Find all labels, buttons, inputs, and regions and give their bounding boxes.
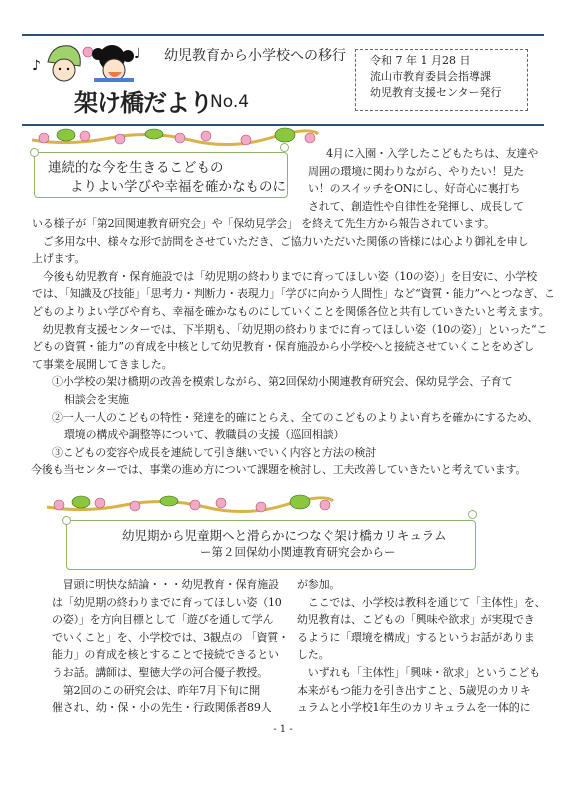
column-line: でいくこと」を、小学校では、3観点の 「資質・	[52, 629, 289, 647]
body-line: て事業を展開してきました。	[32, 356, 555, 374]
issuer-center: 幼児教育支援センター発行	[370, 85, 527, 101]
list-item-continuation: 環境の構成や調整等について、教職員の支援（巡回相談）	[52, 426, 555, 444]
section1-heading-line2: よりよい学びや幸福を確かなものに	[70, 175, 286, 195]
intro-line: 4月に入園・入学したこどもたちは、友達や	[308, 145, 538, 163]
plum-blossom-garland	[45, 493, 335, 515]
scroll-curl-icon	[62, 516, 71, 525]
scroll-curl-icon	[280, 143, 289, 152]
header-top-rule	[22, 34, 544, 36]
section2-right-column: が参加。 ここでは、小学校は教科を通じて「主体性」を、 幼児教育は、こどもの「興…	[297, 576, 545, 717]
newsletter-title: 架け橋だより	[74, 83, 212, 118]
column-line: 催され、幼・保・小の先生・行政関係者89人	[52, 699, 289, 717]
body-line: 今後も幼児教育・保育施設では「幼児期の終わりまでに育ってほしい姿（10の姿）」を…	[32, 268, 555, 286]
children-mascot-icon: ♪ ♩	[30, 40, 155, 82]
section2-heading-line2: ー第２回保幼小関連教育研究会からー	[200, 544, 396, 560]
column-line: の姿）」を方向目標として「遊びを通して学ん	[52, 611, 289, 629]
intro-line: 周囲の環境に関わりながら、やりたい！見た	[308, 163, 538, 181]
body-line: いる様子が「第2回関連教育研究会」や「保幼見学会」 を終えて先生方から報告されて…	[32, 215, 555, 233]
column-line: 能力」の育成を核とすることで接続できるとい	[52, 646, 289, 664]
scroll-curl-icon	[468, 510, 477, 519]
body-line: どものよりよい学びや育ち、幸福を確かなものにしていくことを関係各位と共有していき…	[32, 303, 555, 321]
svg-text:♩: ♩	[134, 46, 141, 62]
closing-line: 今後も当センターでは、事業の進め方について課題を検討し、工夫改善していきたいと考…	[31, 461, 555, 479]
column-line: ここでは、小学校は教科を通じて「主体性」を、	[297, 594, 545, 612]
list-item: ①小学校の架け橋期の改善を模索しながら、第2回保幼小関連教育研究会、保幼見学会、…	[52, 373, 555, 391]
scroll-curl-icon	[30, 148, 39, 157]
list-item: ③こどもの変容や成長を連続して引き継いでいく内容と方法の検討	[52, 444, 555, 462]
issue-date: 令和 7 年 1 月28 日	[370, 53, 527, 69]
intro-line: い！のスイッチをONにし、好奇心に裏打ち	[308, 180, 538, 198]
section2-left-column: 冒頭に明快な結論・・・幼児教育・保育施設 は「幼児期の終わりまでに育ってほしい姿…	[52, 576, 289, 717]
column-line: 本来がもつ能力を引き出すこと、5歳児のカリキ	[297, 682, 545, 700]
column-line: 第2回のこの研究会は、昨年7月下旬に開	[52, 682, 289, 700]
body-line: ご多用な中、様々な形で訪問をさせていただき、ご協力いただいた関係の皆様には心より…	[32, 233, 555, 251]
column-line: いずれも「主体性」「興味・欲求」というこども	[297, 664, 545, 682]
intro-line: されて、創造性や自律性を発揮し、成長して	[308, 198, 538, 216]
body-line: では、「知識及び技能」「思考力・判断力・表現力」「学びに向かう人間性」など“資質…	[32, 285, 555, 303]
section1-body: いる様子が「第2回関連教育研究会」や「保幼見学会」 を終えて先生方から報告されて…	[32, 215, 555, 479]
body-line: 上げます。	[32, 250, 555, 268]
issuer-info-box: 令和 7 年 1 月28 日 流山市教育委員会指導課 幼児教育支援センター発行	[355, 49, 528, 111]
body-line: どもの資質・能力”の育成を中核として幼児教育・保育施設から小学校へと接続させてい…	[32, 338, 555, 356]
activity-list: ①小学校の架け橋期の改善を模索しながら、第2回保幼小関連教育研究会、保幼見学会、…	[32, 373, 555, 461]
plum-blossom-garland	[30, 126, 320, 148]
section2-heading-line1: 幼児期から児童期へと滑らかにつなぐ架け橋カリキュラム	[122, 526, 447, 544]
section1-intro: 4月に入園・入学したこどもたちは、友達や 周囲の環境に関わりながら、やりたい！見…	[308, 145, 538, 215]
svg-text:♪: ♪	[32, 58, 41, 74]
list-item-continuation: 相談会を実施	[52, 391, 555, 409]
issuer-department: 流山市教育委員会指導課	[370, 69, 527, 85]
issue-number: No.4	[210, 92, 249, 112]
newsletter-subtitle: 幼児教育から小学校への移行	[164, 45, 346, 65]
column-line: るように「環境を構成」するというお話がありま	[297, 629, 545, 647]
column-line: は「幼児期の終わりまでに育ってほしい姿（10	[52, 594, 289, 612]
column-line: した。	[297, 646, 545, 664]
column-line: が参加。	[297, 576, 545, 594]
list-item: ②一人一人のこどもの特性・発達を的確にとらえ、全てのこどものよりよい育ちを確かに…	[52, 409, 555, 427]
column-line: ュラムと小学校1年生のカリキュラムを一体的に	[297, 699, 545, 717]
page-number: - 1 -	[0, 724, 566, 735]
column-line: 冒頭に明快な結論・・・幼児教育・保育施設	[52, 576, 289, 594]
body-line: 幼児教育支援センターでは、下半期も、「幼児期の終わりまでに育ってほしい姿（10の…	[32, 321, 555, 339]
column-line: 幼児教育は、こどもの「興味や欲求」が実現でき	[297, 611, 545, 629]
column-line: うお話。講師は、聖徳大学の河合優子教授。	[52, 664, 289, 682]
section1-heading-line1: 連続的な今を生きるこどもの	[48, 156, 224, 176]
